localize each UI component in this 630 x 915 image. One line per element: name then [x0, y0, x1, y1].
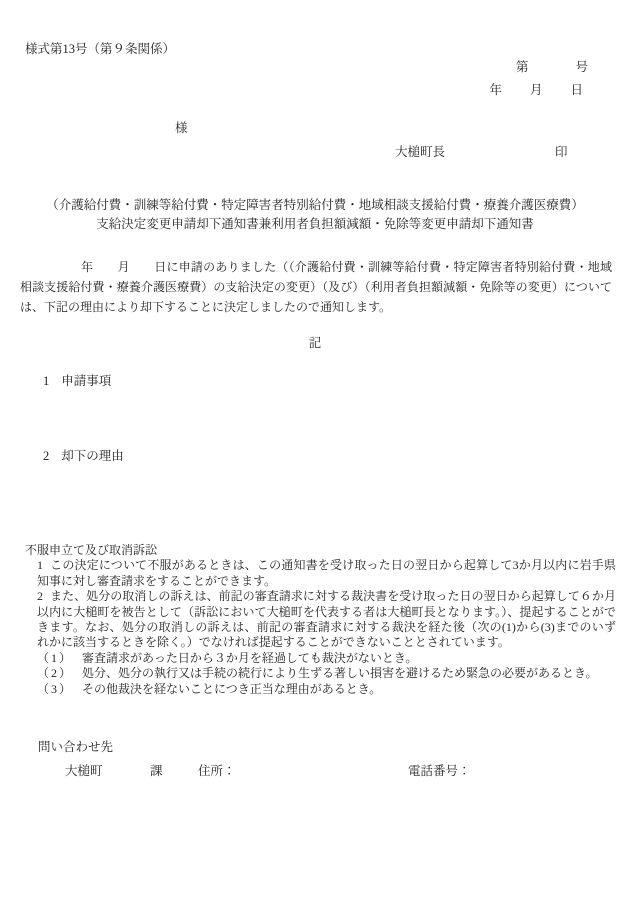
appeal-heading: 不服申立て及び取消訴訟: [20, 543, 616, 558]
section-rejection-reason: 2却下の理由: [43, 449, 124, 465]
form-number: 様式第13号（第９条関係）: [25, 42, 175, 58]
date-day-label: 日: [570, 83, 583, 97]
appeal-subitem-number: （3）: [37, 682, 73, 696]
appeal-notice-block: 不服申立て及び取消訴訟 1この決定について不服があるときは、この通知書を受け取っ…: [20, 543, 616, 697]
appeal-subitem-text: 処分、処分の執行又は手続の続行により生ずる著しい損害を避けるため緊急の必要がある…: [82, 666, 598, 680]
appeal-item-number: 1: [37, 558, 43, 572]
appeal-subitem-3: （3）その他裁決を経ないことにつき正当な理由があるとき。: [20, 682, 616, 697]
date-month-label: 月: [530, 83, 543, 97]
document-title-line1: （介護給付費・訓練等給付費・特定障害者特別給付費・地域相談支援給付費・療養介護医…: [0, 196, 630, 215]
contact-division-label: 課: [150, 764, 163, 780]
section-application-items: 1申請事項: [43, 374, 111, 390]
appeal-subitem-text: その他裁決を経ないことにつき正当な理由があるとき。: [82, 682, 381, 696]
doc-number-suffix: 号: [575, 60, 588, 74]
appeal-subitem-number: （1）: [37, 651, 73, 665]
document-title: （介護給付費・訓練等給付費・特定障害者特別給付費・地域相談支援給付費・療養介護医…: [0, 196, 630, 235]
contact-phone-label: 電話番号：: [408, 764, 471, 780]
appeal-subitem-number: （2）: [37, 666, 73, 680]
addressee-suffix: 様: [175, 121, 188, 137]
appeal-subitem-1: （1）審査請求があった日から３か月を経過しても裁決がないとき。: [20, 651, 616, 666]
date-line: 年月日: [489, 83, 583, 99]
section-number: 2: [43, 449, 49, 465]
section-number: 1: [43, 374, 49, 390]
notification-paragraph: 年 月 日に申請のありました（（介護給付費・訓練等給付費・特定障害者特別給付費・…: [20, 257, 612, 317]
date-year-label: 年: [489, 83, 502, 97]
appeal-item-text: この決定について不服があるときは、この通知書を受け取った日の翌日から起算して3か…: [37, 558, 616, 587]
contact-town: 大槌町: [65, 764, 103, 780]
mayor-name: 大槌町長: [395, 145, 445, 161]
ki-separator: 記: [0, 336, 630, 352]
appeal-item-text: また、処分の取消しの訴えは、前記の審査請求に対する裁決書を受け取った日の翌日から…: [37, 589, 616, 649]
appeal-item-1: 1この決定について不服があるときは、この通知書を受け取った日の翌日から起算して3…: [20, 558, 616, 589]
issuer-line: 大槌町長 印: [0, 145, 630, 163]
contact-address-label: 住所：: [198, 764, 236, 780]
appeal-item-number: 2: [37, 589, 43, 603]
document-page: 様式第13号（第９条関係） 第号 年月日 様 大槌町長 印 （介護給付費・訓練等…: [0, 0, 630, 915]
appeal-item-2: 2また、処分の取消しの訴えは、前記の審査請求に対する裁決書を受け取った日の翌日か…: [20, 589, 616, 651]
document-title-line2: 支給決定変更申請却下通知書兼利用者負担額減額・免除等変更申請却下通知書: [0, 215, 630, 234]
appeal-subitem-text: 審査請求があった日から３か月を経過しても裁決がないとき。: [82, 651, 417, 665]
document-number-line: 第号: [516, 60, 588, 76]
contact-line: 大槌町 課 住所： 電話番号：: [0, 764, 630, 782]
appeal-subitem-2: （2）処分、処分の執行又は手続の続行により生ずる著しい損害を避けるため緊急の必要…: [20, 666, 616, 681]
section-label: 申請事項: [61, 374, 111, 388]
section-label: 却下の理由: [61, 449, 124, 463]
contact-heading: 問い合わせ先: [38, 740, 113, 756]
seal-mark: 印: [555, 145, 568, 161]
doc-number-prefix: 第: [516, 60, 529, 74]
